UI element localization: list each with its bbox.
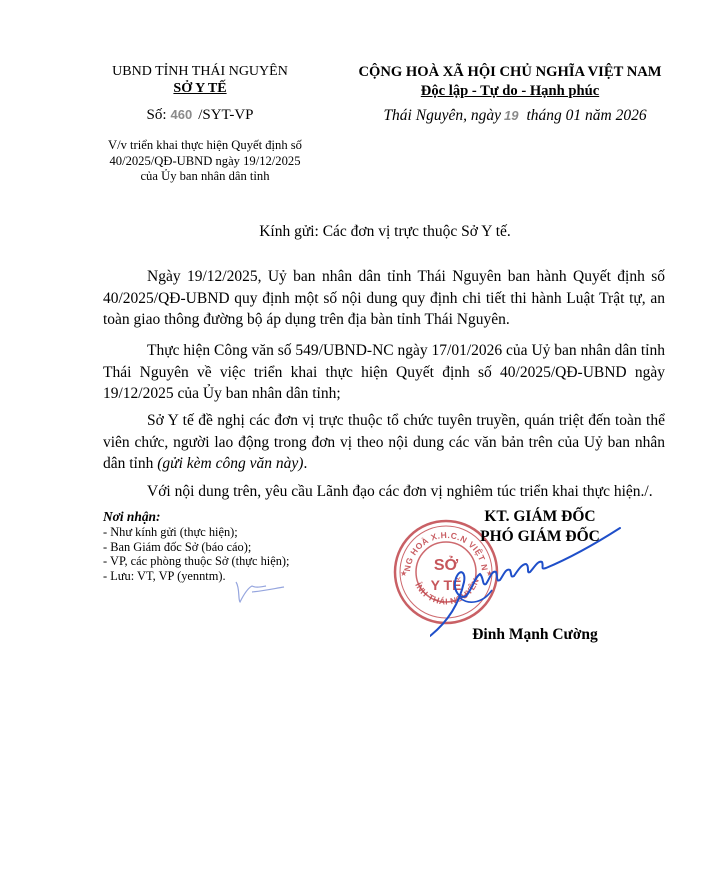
place-date-suffix: tháng 01 năm 2026 (526, 107, 646, 124)
national-motto: Độc lập - Tự do - Hạnh phúc (421, 83, 599, 99)
initial-mark-icon (230, 578, 290, 608)
doc-number-prefix: Số: (146, 107, 166, 123)
subject-line: 40/2025/QĐ-UBND ngày 19/12/2025 (95, 154, 315, 170)
national-header: CỘNG HOÀ XÃ HỘI CHỦ NGHĨA VIỆT NAM Độc l… (340, 63, 680, 101)
recipient-line: Kính gửi: Các đơn vị trực thuộc Sở Y tế. (100, 223, 670, 241)
authority-name: UBND TỈNH THÁI NGUYÊN (95, 63, 305, 80)
recipient-item: - Như kính gửi (thực hiện); (103, 525, 363, 540)
place-date: Thái Nguyên, ngày19tháng 01 năm 2026 (345, 107, 685, 125)
doc-number-value: 460 (171, 107, 193, 122)
subject-line: của Ủy ban nhân dân tỉnh (95, 169, 315, 185)
document-number: Số:460/SYT-VP (95, 107, 305, 124)
recipient-item: - VP, các phòng thuộc Sở (thực hiện); (103, 554, 363, 569)
signer-name: Đinh Mạnh Cường (440, 626, 630, 644)
attachment-note: (gửi kèm công văn này) (157, 455, 303, 472)
body-paragraph: Sở Y tế đề nghị các đơn vị trực thuộc tổ… (103, 410, 665, 475)
recipients-title: Nơi nhận: (103, 510, 363, 525)
issuing-authority-block: UBND TỈNH THÁI NGUYÊN SỞ Y TẾ (95, 63, 305, 97)
day-value: 19 (504, 108, 518, 123)
subject-block: V/v triển khai thực hiện Quyết định số 4… (95, 138, 315, 185)
svg-text:★: ★ (400, 569, 407, 578)
body-paragraph: Thực hiện Công văn số 549/UBND-NC ngày 1… (103, 340, 665, 405)
paragraph-text: Với nội dung trên, yêu cầu Lãnh đạo các … (147, 483, 653, 500)
recipients-list: Nơi nhận: - Như kính gửi (thực hiện); - … (103, 510, 363, 584)
place-date-prefix: Thái Nguyên, ngày (383, 107, 501, 124)
body-paragraph: Ngày 19/12/2025, Uỷ ban nhân dân tỉnh Th… (103, 266, 665, 331)
paragraph-end: . (303, 455, 307, 472)
handwritten-signature-icon (430, 520, 630, 640)
doc-number-suffix: /SYT-VP (198, 107, 253, 123)
department-name: SỞ Y TẾ (95, 80, 305, 97)
paragraph-text: Thực hiện Công văn số 549/UBND-NC ngày 1… (103, 342, 665, 402)
paragraph-text: Ngày 19/12/2025, Uỷ ban nhân dân tỉnh Th… (103, 268, 665, 328)
body-paragraph: Với nội dung trên, yêu cầu Lãnh đạo các … (103, 481, 665, 503)
nation-name: CỘNG HOÀ XÃ HỘI CHỦ NGHĨA VIỆT NAM (340, 63, 680, 82)
subject-line: V/v triển khai thực hiện Quyết định số (95, 138, 315, 154)
recipient-item: - Ban Giám đốc Sở (báo cáo); (103, 540, 363, 555)
